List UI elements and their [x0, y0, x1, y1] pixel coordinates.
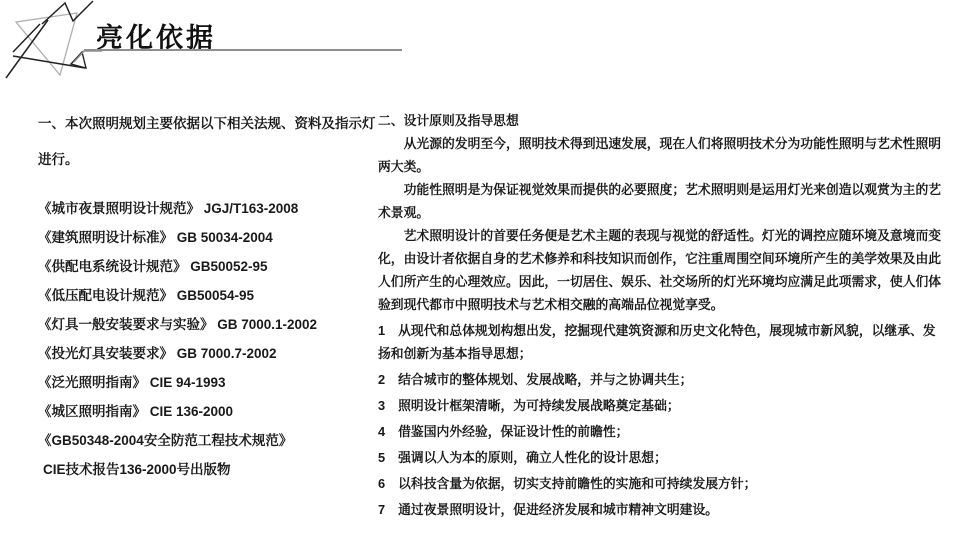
title-underline: [84, 49, 402, 51]
paragraph: 功能性照明是为保证视觉效果而提供的必要照度；艺术照明则是运用灯光来创造以观赏为主…: [378, 178, 945, 224]
list-item: 6以科技含量为依据，切实支持前瞻性的实施和可持续发展方针；: [378, 472, 945, 495]
list-item: 3照明设计框架清晰，为可持续发展战略奠定基础；: [378, 394, 945, 417]
list-item: 《供配电系统设计规范》 GB50052-95: [38, 252, 380, 281]
item-number: 3: [378, 398, 385, 413]
list-item: 7通过夜景照明设计，促进经济发展和城市精神文明建设。: [378, 498, 945, 521]
right-heading: 二、设计原则及指导思想: [378, 109, 945, 132]
item-number: 4: [378, 424, 385, 439]
list-item: CIE技术报告136-2000号出版物: [38, 455, 380, 484]
left-column: 一、本次照明规划主要依据以下相关法规、资料及指示灯进行。 《城市夜景照明设计规范…: [38, 106, 380, 484]
list-item: 《低压配电设计规范》 GB50054-95: [38, 281, 380, 310]
list-item: 5强调以人为本的原则，确立人性化的设计思想；: [378, 446, 945, 469]
list-item: 《GB50348-2004安全防范工程技术规范》: [38, 426, 380, 455]
list-item: 《城区照明指南》 CIE 136-2000: [38, 397, 380, 426]
list-item: 《灯具一般安装要求与实验》 GB 7000.1-2002: [38, 310, 380, 339]
right-column: 二、设计原则及指导思想 从光源的发明至今，照明技术得到迅速发展，现在人们将照明技…: [378, 109, 945, 521]
item-text: 通过夜景照明设计，促进经济发展和城市精神文明建设。: [398, 502, 718, 517]
slide: 亮化依据 一、本次照明规划主要依据以下相关法规、资料及指示灯进行。 《城市夜景照…: [0, 0, 960, 540]
list-item: 4借鉴国内外经验，保证设计性的前瞻性；: [378, 420, 945, 443]
item-number: 7: [378, 502, 385, 517]
list-item: 《投光灯具安装要求》 GB 7000.7-2002: [38, 339, 380, 368]
left-intro-text: 一、本次照明规划主要依据以下相关法规、资料及指示灯进行。: [38, 106, 380, 178]
item-text: 以科技含量为依据，切实支持前瞻性的实施和可持续发展方针；: [398, 476, 756, 491]
item-number: 1: [378, 323, 385, 338]
triangles-logo-icon: [0, 0, 102, 86]
item-text: 从现代和总体规划构想出发，挖掘现代建筑资源和历史文化特色，展现城市新风貌，以继承…: [378, 323, 936, 361]
list-item: 《建筑照明设计标准》 GB 50034-2004: [38, 223, 380, 252]
item-number: 5: [378, 450, 385, 465]
list-item: 1从现代和总体规划构想出发，挖掘现代建筑资源和历史文化特色，展现城市新风貌，以继…: [378, 319, 945, 365]
item-number: 2: [378, 372, 385, 387]
list-item: 2结合城市的整体规划、发展战略，并与之协调共生；: [378, 368, 945, 391]
list-item: 《泛光照明指南》 CIE 94-1993: [38, 368, 380, 397]
regulation-list: 《城市夜景照明设计规范》 JGJ/T163-2008 《建筑照明设计标准》 GB…: [38, 194, 380, 484]
item-number: 6: [378, 476, 385, 491]
item-text: 强调以人为本的原则，确立人性化的设计思想；: [398, 450, 667, 465]
paragraph: 艺术照明设计的首要任务便是艺术主题的表现与视觉的舒适性。灯光的调控应随环境及意境…: [378, 224, 945, 316]
item-text: 结合城市的整体规划、发展战略，并与之协调共生；: [398, 372, 692, 387]
item-text: 照明设计框架清晰，为可持续发展战略奠定基础；: [398, 398, 680, 413]
paragraph: 从光源的发明至今，照明技术得到迅速发展，现在人们将照明技术分为功能性照明与艺术性…: [378, 132, 945, 178]
list-item: 《城市夜景照明设计规范》 JGJ/T163-2008: [38, 194, 380, 223]
item-text: 借鉴国内外经验，保证设计性的前瞻性；: [398, 424, 628, 439]
principles-list: 1从现代和总体规划构想出发，挖掘现代建筑资源和历史文化特色，展现城市新风貌，以继…: [378, 319, 945, 521]
